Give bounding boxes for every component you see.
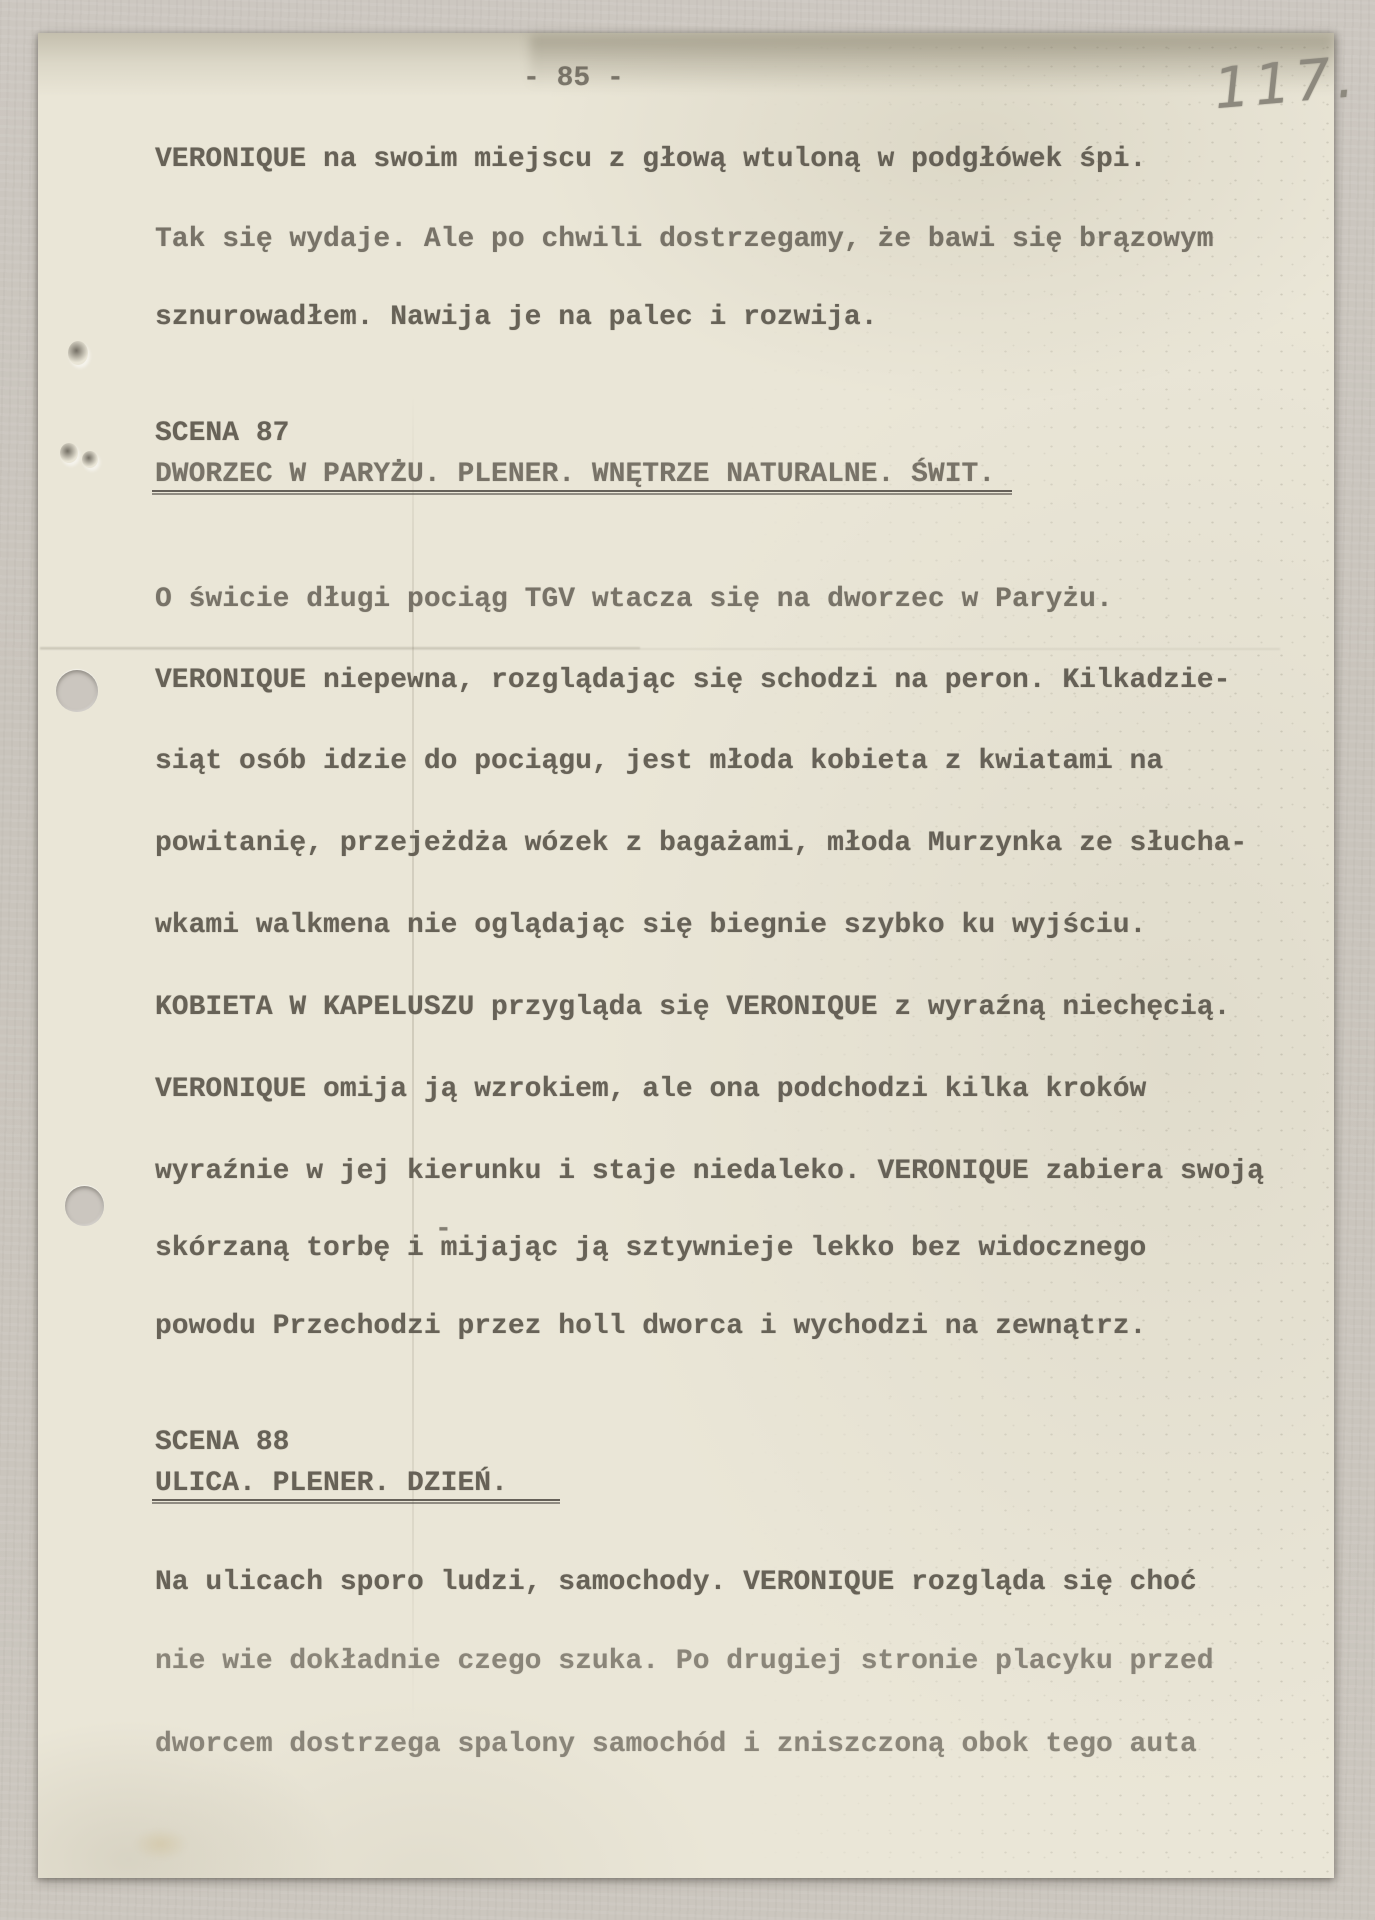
script-line: dworcem dostrzega spalony samochód i zni… xyxy=(155,1728,1197,1762)
page-number: - 85 - xyxy=(523,62,624,96)
script-line: KOBIETA W KAPELUSZU przygląda się VERONI… xyxy=(155,991,1230,1025)
faint-pencil-line xyxy=(40,647,640,649)
punch-hole xyxy=(65,1186,104,1226)
scene-slugline: DWORZEC W PARYŻU. PLENER. WNĘTRZE NATURA… xyxy=(155,458,995,492)
script-line: VERONIQUE omija ją wzrokiem, ale ona pod… xyxy=(155,1073,1146,1107)
script-line: VERONIQUE na swoim miejscu z głową wtulo… xyxy=(155,143,1146,177)
document-page: - 85 - 117. VERONIQUE na swoim miejscu z… xyxy=(38,33,1334,1878)
slugline-underline xyxy=(152,1499,560,1505)
script-line: wyraźnie w jej kierunku i staje niedalek… xyxy=(155,1155,1264,1189)
script-line: powitanię, przejeżdża wózek z bagażami, … xyxy=(155,827,1247,861)
script-line: sznurowadłem. Nawija je na palec i rozwi… xyxy=(155,301,878,335)
scene-slugline: ULICA. PLENER. DZIEŃ. xyxy=(155,1467,508,1501)
faint-pencil-line xyxy=(40,648,1280,650)
punch-hole xyxy=(56,670,98,712)
scene-heading: SCENA 87 xyxy=(155,417,289,451)
script-line: O świcie długi pociąg TGV wtacza się na … xyxy=(155,583,1113,617)
script-line: powodu Przechodzi przez holl dworca i wy… xyxy=(155,1310,1146,1344)
staple-mark xyxy=(60,443,78,463)
staple-mark xyxy=(68,341,88,365)
slugline-underline xyxy=(152,490,1012,496)
script-line: VERONIQUE niepewna, rozglądając się scho… xyxy=(155,664,1230,698)
script-line: Tak się wydaje. Ale po chwili dostrzegam… xyxy=(155,223,1214,257)
staple-mark xyxy=(82,451,98,468)
script-line: skórzaną torbę i mijając ją sztywnieje l… xyxy=(155,1232,1146,1266)
scene-heading: SCENA 88 xyxy=(155,1426,289,1460)
script-line: nie wie dokładnie czego szuka. Po drugie… xyxy=(155,1645,1214,1679)
script-line: wkami walkmena nie oglądając się biegnie… xyxy=(155,909,1146,943)
paper-stain xyxy=(133,1828,188,1860)
script-line: Na ulicach sporo ludzi, samochody. VERON… xyxy=(155,1566,1197,1600)
script-line: siąt osób idzie do pociągu, jest młoda k… xyxy=(155,745,1163,779)
handwritten-page-number: 117. xyxy=(1211,45,1361,122)
